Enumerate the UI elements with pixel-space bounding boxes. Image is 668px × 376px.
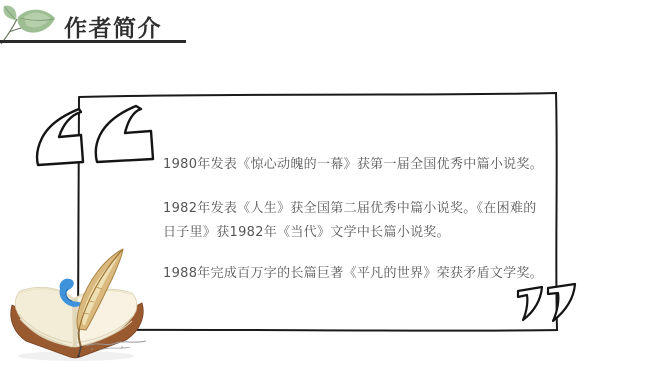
presentation-slide: 作者简介 1980年发表《惊心动魄的一幕》获第一届全国优秀中篇小说奖。 1982… <box>0 0 668 376</box>
open-quote-icon <box>37 106 153 165</box>
close-quote-icon <box>518 284 575 321</box>
open-book-with-quill-icon <box>4 243 154 371</box>
bio-line: 1988年完成百万字的长篇巨著《平凡的世界》荣获矛盾文学奖。 <box>163 266 543 281</box>
bio-line: 1980年发表《惊心动魄的一幕》获第一届全国优秀中篇小说奖。 <box>163 157 543 172</box>
quote-paragraph: 1980年发表《惊心动魄的一幕》获第一届全国优秀中篇小说奖。 <box>163 153 553 177</box>
quote-paragraph: 1982年发表《人生》获全国第二届优秀中篇小说奖。《在困难的 日子里》获1982… <box>163 197 553 245</box>
quote-paragraph: 1988年完成百万字的长篇巨著《平凡的世界》荣获矛盾文学奖。 <box>163 262 553 286</box>
author-bio-text: 1980年发表《惊心动魄的一幕》获第一届全国优秀中篇小说奖。 1982年发表《人… <box>163 153 553 286</box>
bio-line: 1982年发表《人生》获全国第二届优秀中篇小说奖。《在困难的 <box>163 201 537 216</box>
bio-line: 日子里》获1982年《当代》文学中长篇小说奖。 <box>163 225 450 240</box>
